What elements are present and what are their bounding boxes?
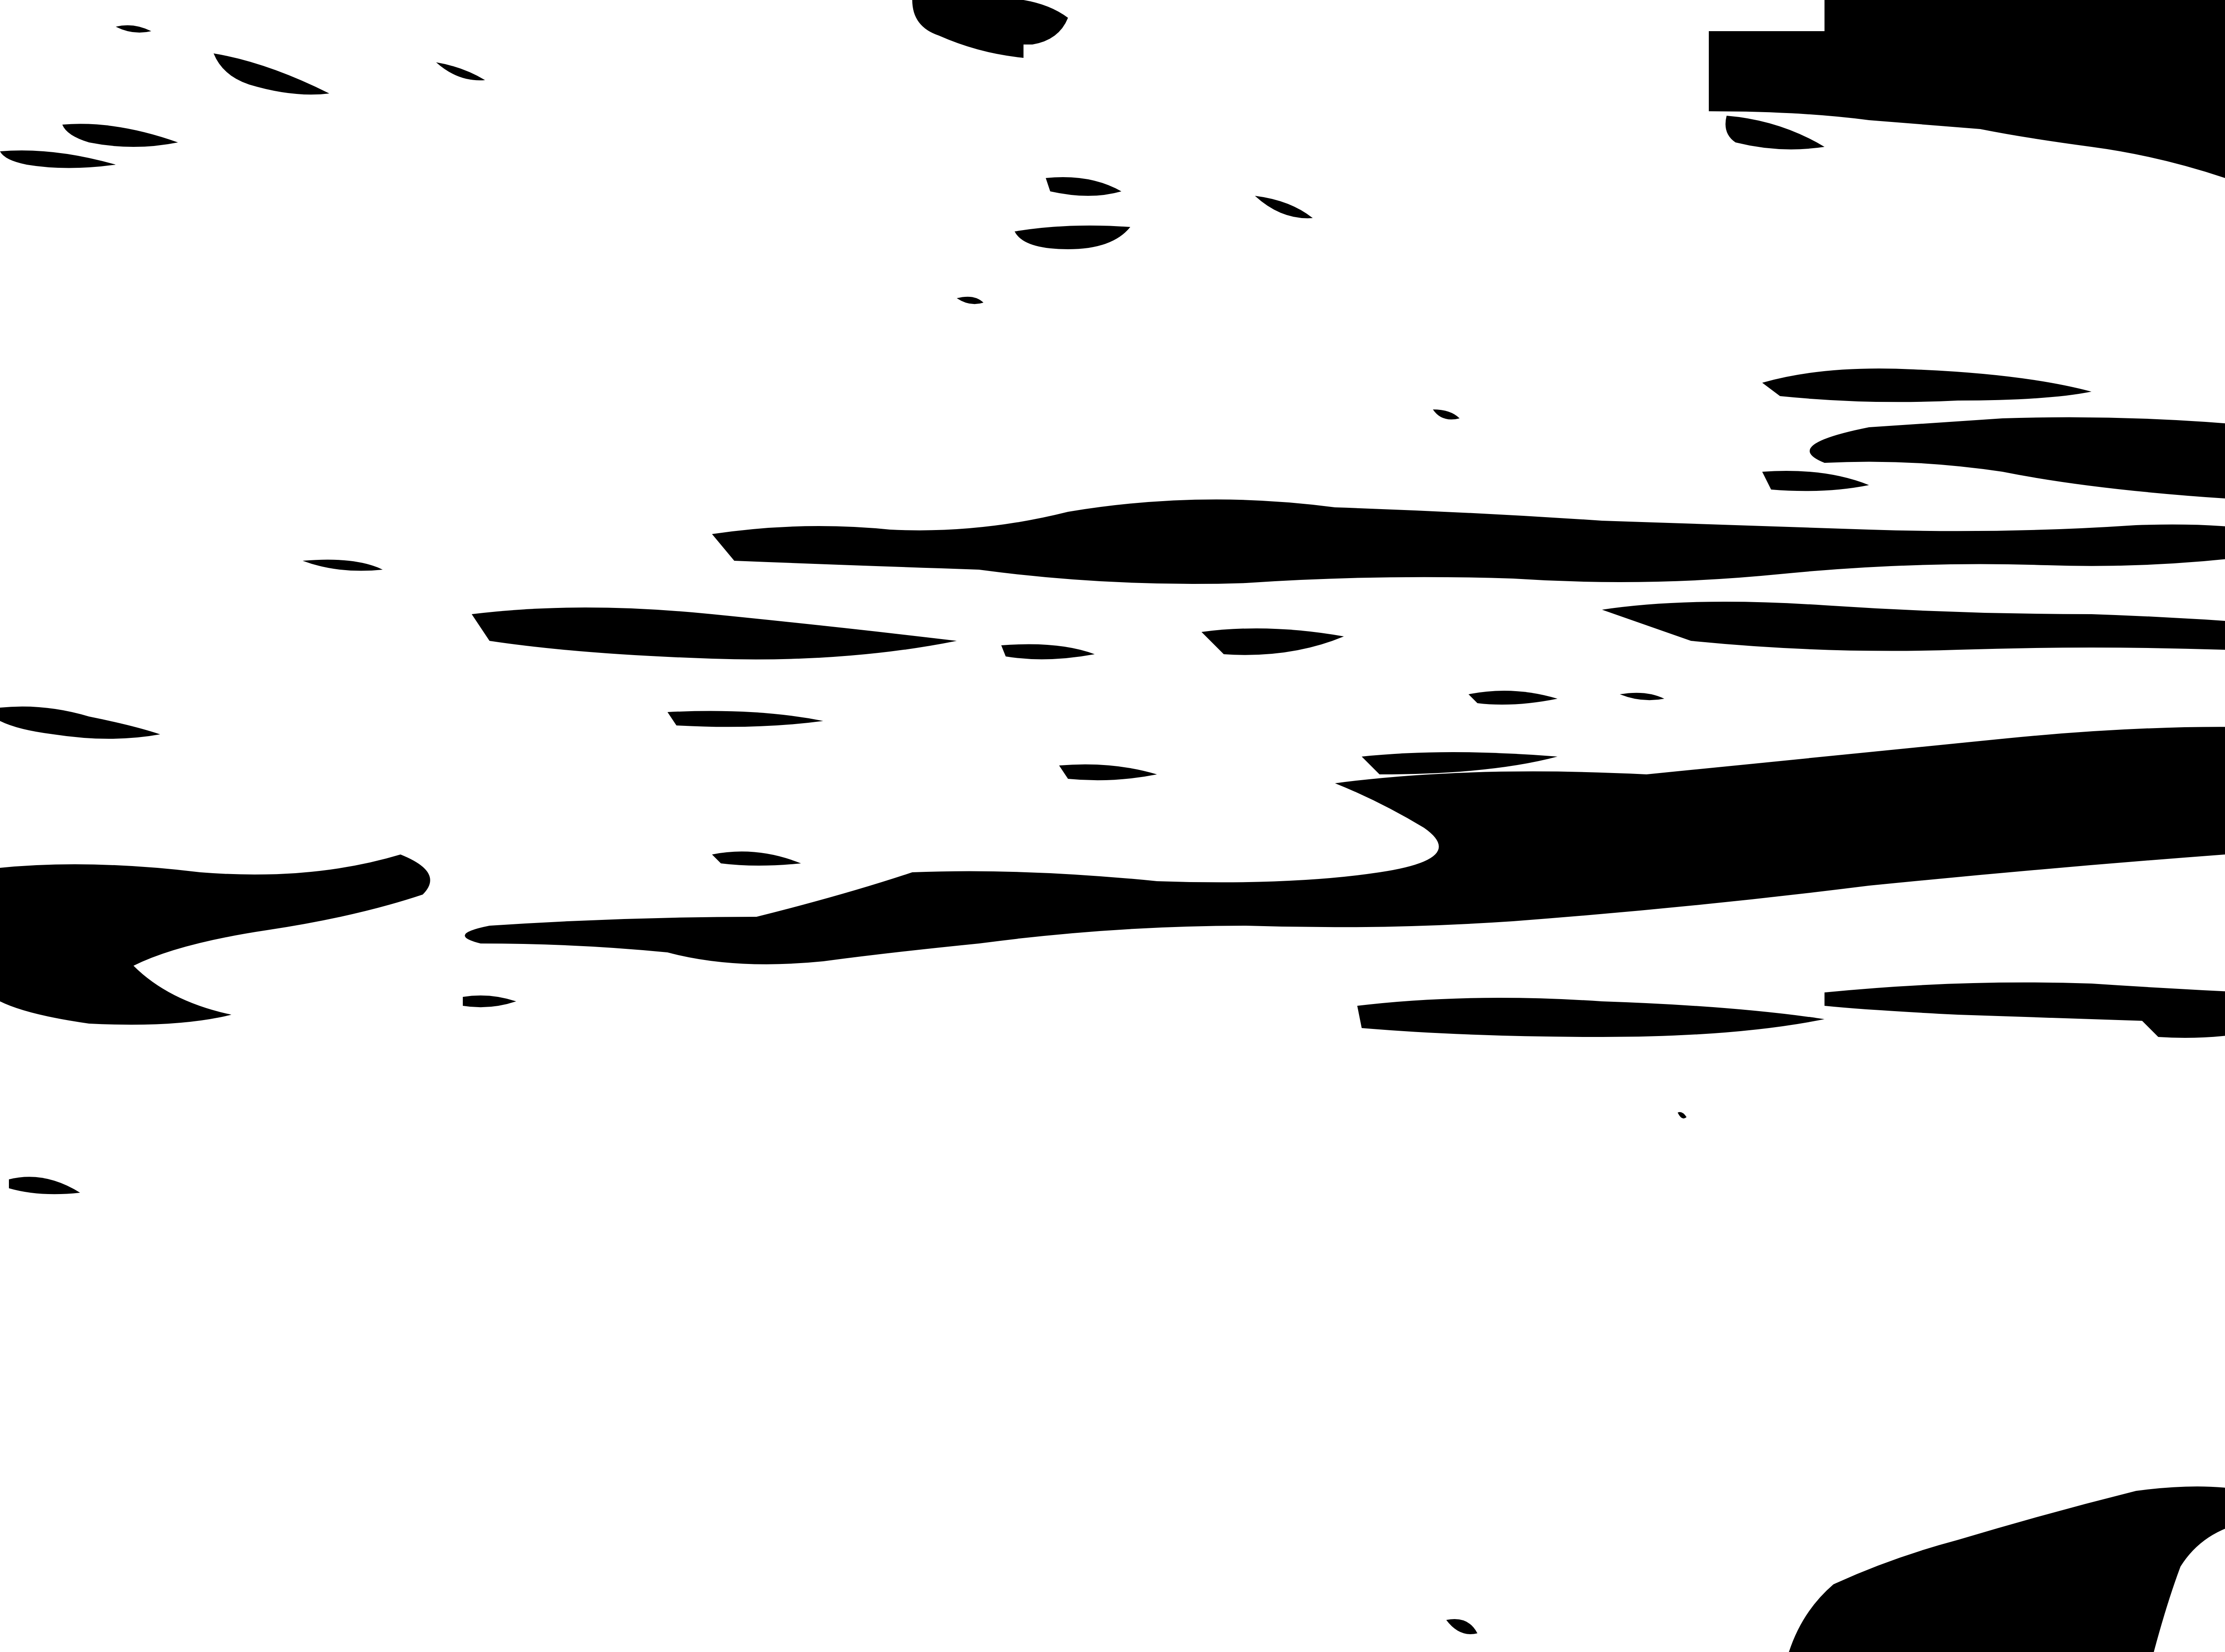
- binarized-photo: [0, 0, 2225, 1652]
